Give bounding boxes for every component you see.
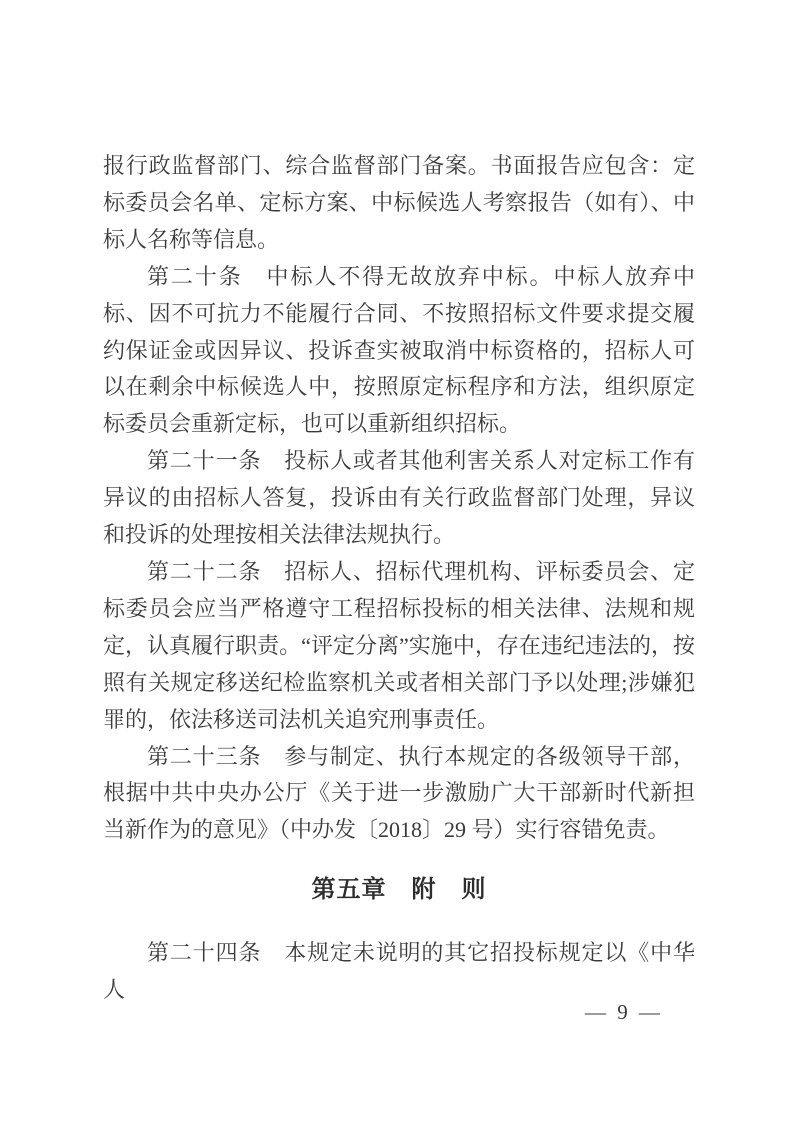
document-body: 报行政监督部门、综合监督部门备案。书面报告应包含：定标委员会名单、定标方案、中标… xyxy=(103,148,695,1009)
paragraph-article-21: 第二十一条 投标人或者其他利害关系人对定标工作有异议的由招标人答复，投诉由有关行… xyxy=(103,443,695,554)
paragraph-article-24-partial: 第二十四条 本规定未说明的其它招投标规定以《中华人 xyxy=(103,935,695,1009)
paragraph-continuation: 报行政监督部门、综合监督部门备案。书面报告应包含：定标委员会名单、定标方案、中标… xyxy=(103,148,695,259)
page-number: — 9 — xyxy=(585,1000,663,1025)
chapter-heading: 第五章 附 则 xyxy=(103,872,695,909)
document-page: 报行政监督部门、综合监督部门备案。书面报告应包含：定标委员会名单、定标方案、中标… xyxy=(0,0,793,1122)
paragraph-article-23: 第二十三条 参与制定、执行本规定的各级领导干部，根据中共中央办公厅《关于进一步激… xyxy=(103,739,695,850)
paragraph-article-22: 第二十二条 招标人、招标代理机构、评标委员会、定标委员会应当严格遵守工程招标投标… xyxy=(103,554,695,739)
paragraph-article-20: 第二十条 中标人不得无故放弃中标。中标人放弃中标、因不可抗力不能履行合同、不按照… xyxy=(103,259,695,444)
